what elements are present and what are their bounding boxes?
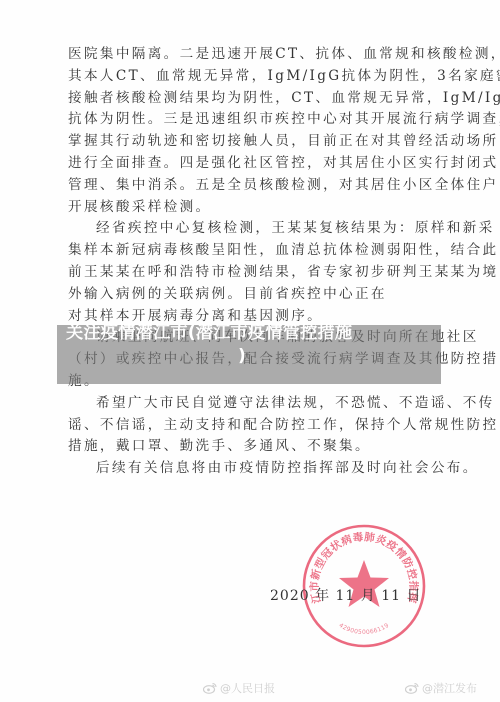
document-date: 2020 年 11 月 11 日 [270,585,422,605]
watermark-right: @潜江发布 [405,680,477,696]
doc-line: 希望广大市民自觉遵守法律法规，不恐慌、不造谣、不传 [68,393,440,415]
weibo-icon [203,682,217,694]
watermark-left: @人民日报 [203,680,275,696]
doc-line: 其本人CT、血常规无异常，IgM/IgG抗体为阴性，3名家庭密切 [68,66,440,88]
doc-line: 医院集中隔离。二是迅速开展CT、抗体、血常规和核酸检测， [68,44,440,66]
watermark-left-text: @人民日报 [220,680,275,696]
doc-line: 接触者核酸检测结果均为阴性，CT、血常规无异常，IgM/IgG [68,88,440,110]
document-body: 医院集中隔离。二是迅速开展CT、抗体、血常规和核酸检测， 其本人CT、血常规无异… [68,44,440,480]
doc-line: 外输入病例的关联病例。目前省疾控中心正在 [68,284,440,306]
document-page: 医院集中隔离。二是迅速开展CT、抗体、血常规和核酸检测， 其本人CT、血常规无异… [0,0,500,702]
overlay-title-cont: ) [238,345,246,367]
seal-code: 4290050066119 [338,622,391,636]
doc-line: 开展核酸采样检测。 [68,197,440,219]
doc-line: 集样本新冠病毒核酸呈阳性，血清总抗体检测弱阳性，结合此 [68,240,440,262]
doc-line: 管理、集中消杀。五是全员核酸检测，对其居住小区全体住户 [68,175,440,197]
doc-line: 后续有关信息将由市疫情防控指挥部及时向社会公布。 [68,458,440,480]
doc-line: 进行全面排查。四是强化社区管控，对其居住小区实行封闭式 [68,153,440,175]
svg-text:4290050066119: 4290050066119 [338,622,391,636]
overlay-title: 关注疫情潜江市(潜江市疫情管控措施 [66,322,352,344]
doc-line: 谣、不信谣，主动支持和配合防控工作，保持个人常规性防控 [68,415,440,437]
doc-line: 抗体为阴性。三是迅速组织市疾控中心对其开展流行病学调查， [68,109,440,131]
weibo-icon [405,682,419,694]
doc-line: 掌握其行动轨迹和密切接触人员，目前正在对其曾经活动场所 [68,131,440,153]
doc-line: 经省疾控中心复核检测，王某某复核结果为：原样和新采 [68,218,440,240]
doc-line: 措施，戴口罩、勤洗手、多通风、不聚集。 [68,436,440,458]
watermark-right-text: @潜江发布 [422,680,477,696]
doc-line: 前王某某在呼和浩特市检测结果，省专家初步研判王某某为境 [68,262,440,284]
